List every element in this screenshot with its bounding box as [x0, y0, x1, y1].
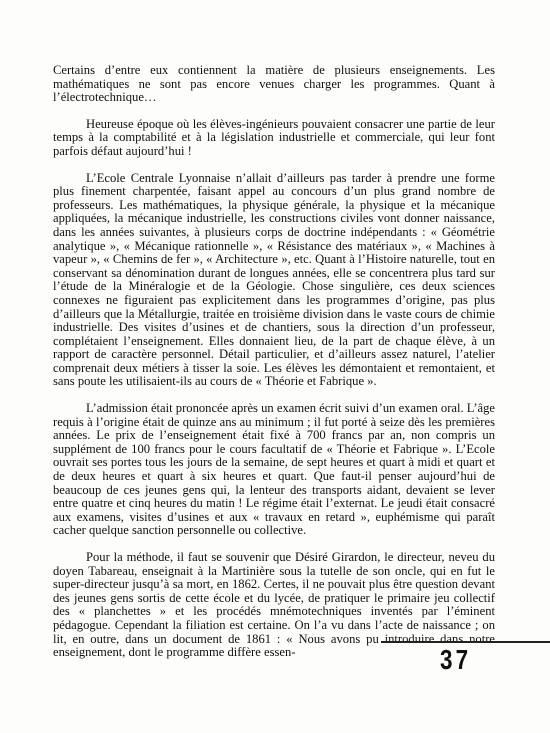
paragraph-ecole-centrale: L’Ecole Centrale Lyonnaise n’allait d’ai…	[53, 172, 495, 390]
paragraph-admission: L’admission était prononcée après un exa…	[53, 402, 495, 538]
page-number: 37	[440, 644, 471, 676]
paragraph-heureuse-epoque: Heureuse époque où les élèves-ingénieurs…	[53, 118, 495, 159]
paragraph-continuation: Certains d’entre eux contiennent la mati…	[53, 64, 495, 105]
page-body: Certains d’entre eux contiennent la mati…	[53, 64, 495, 673]
footer-rule	[381, 641, 550, 643]
paragraph-methode: Pour la méthode, il faut se souvenir que…	[53, 551, 495, 660]
